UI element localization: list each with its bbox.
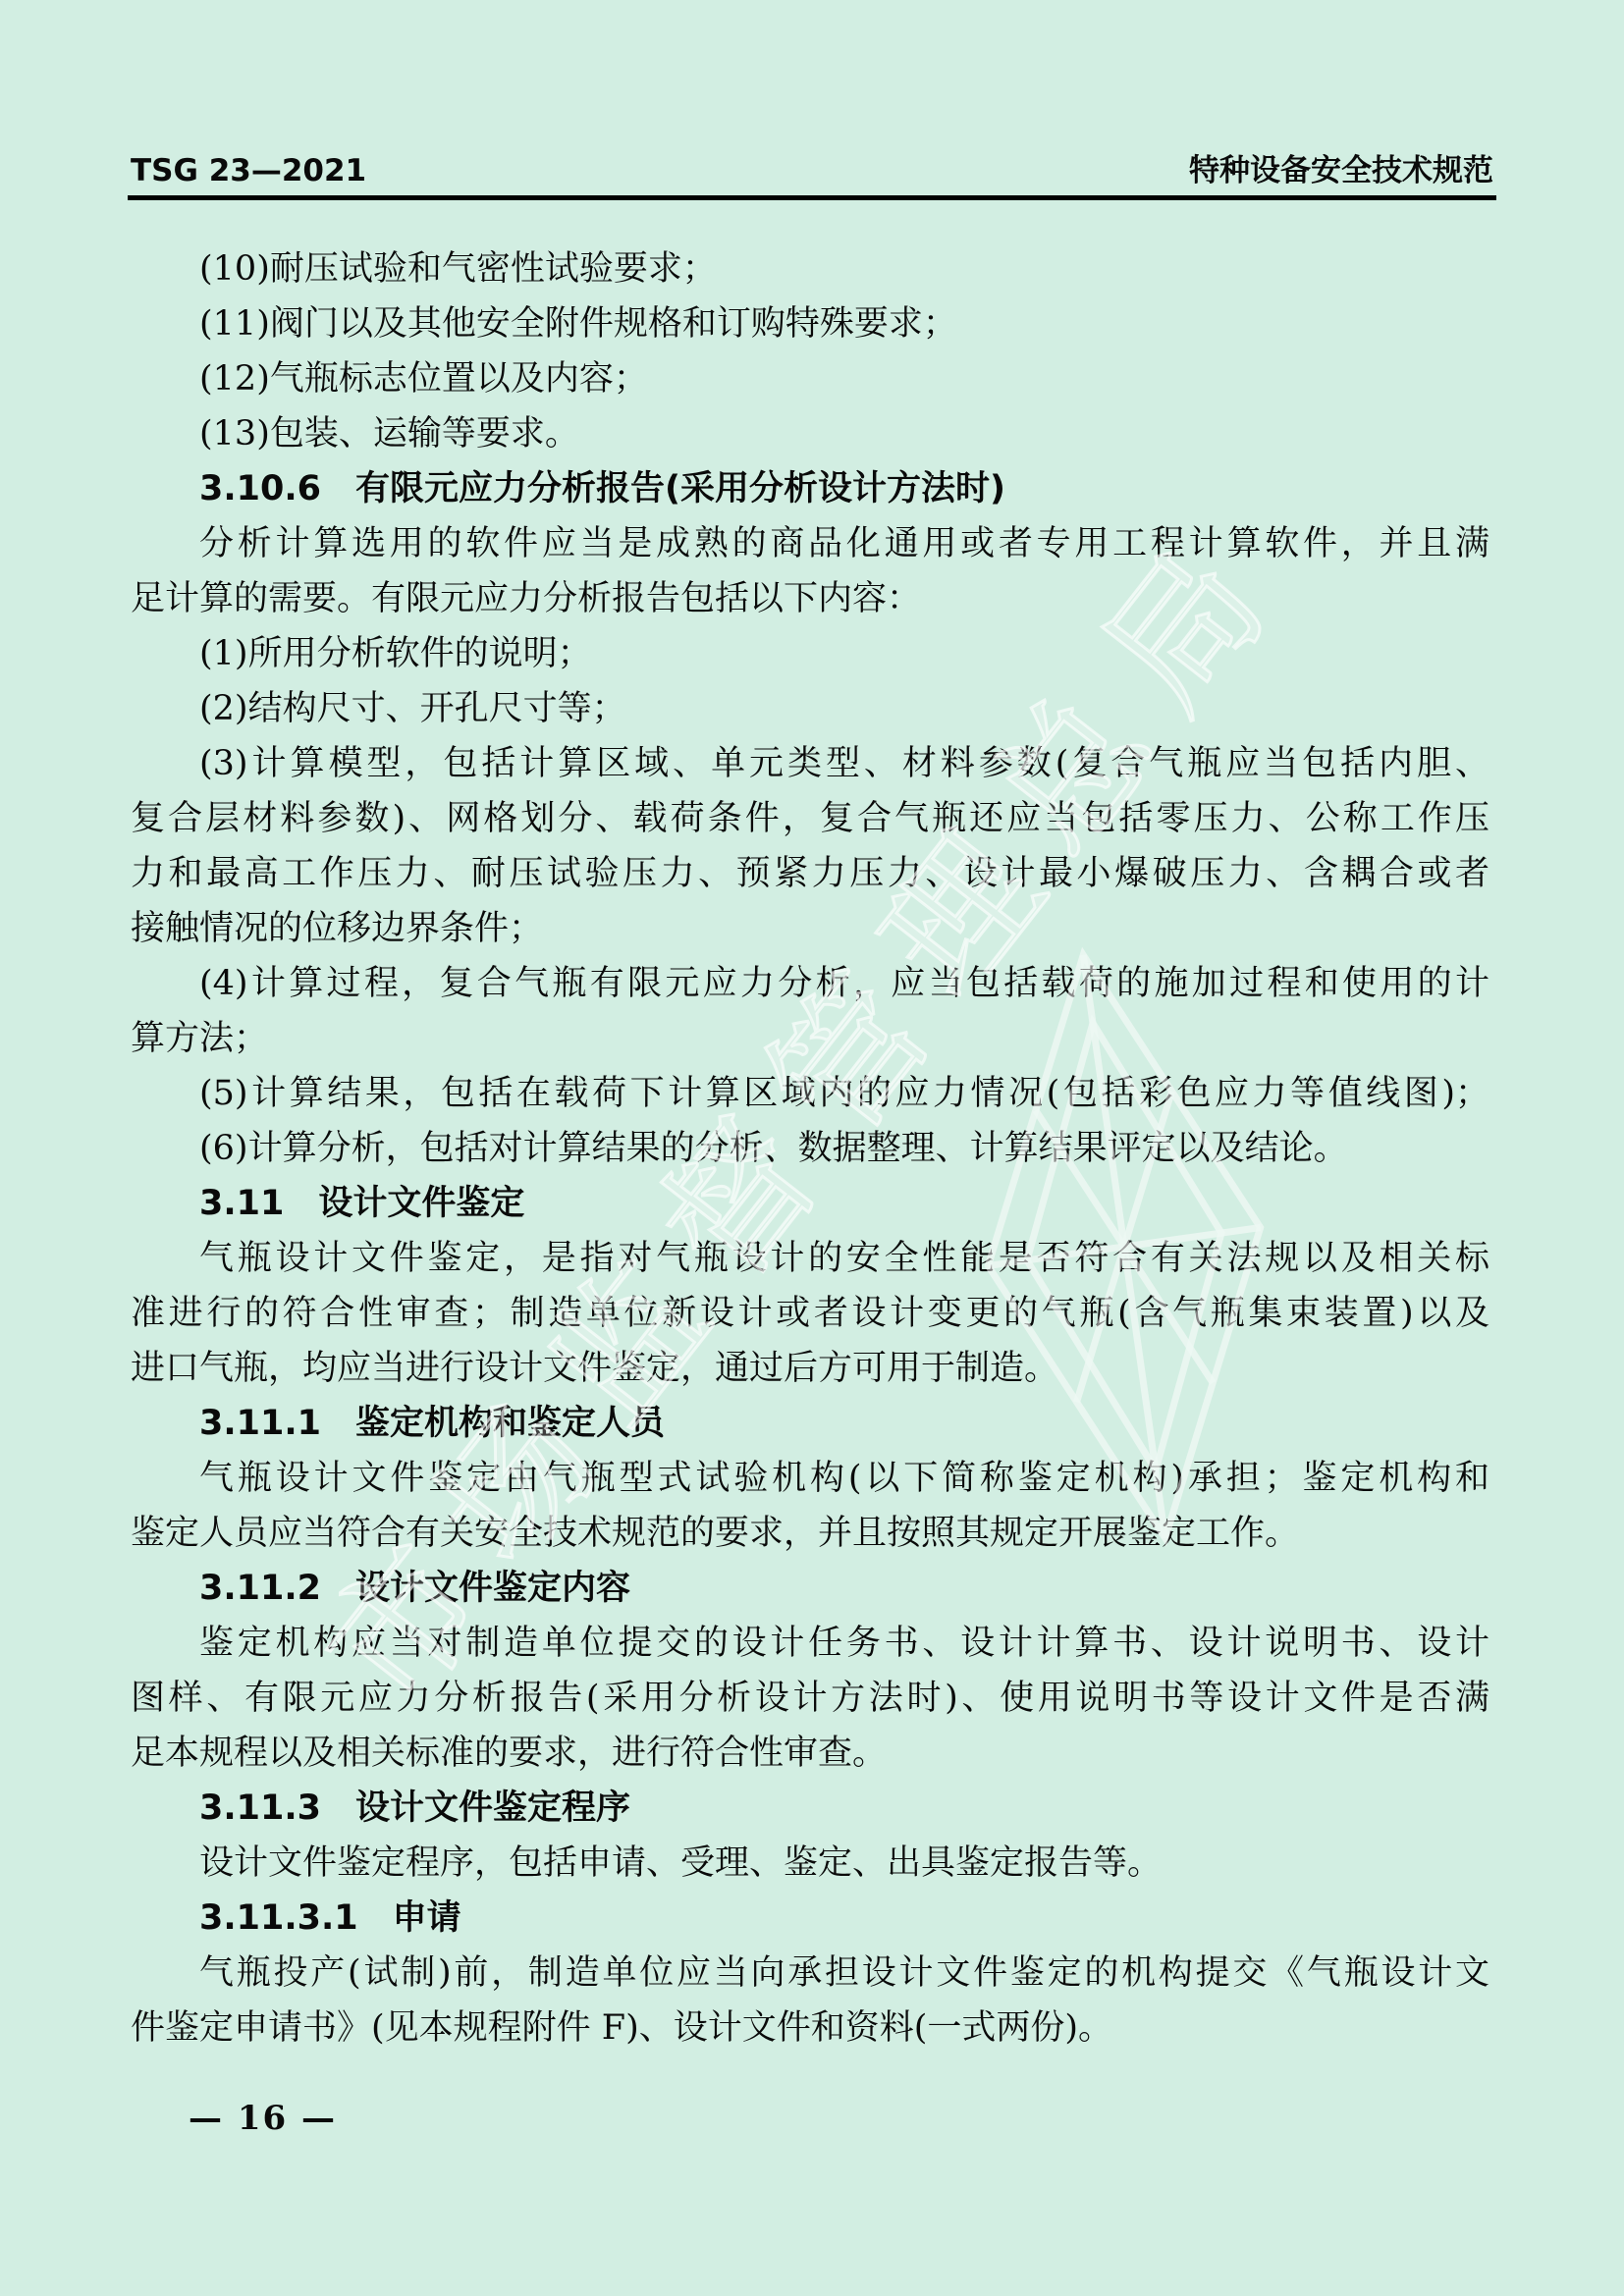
paragraph-line: 复合层材料参数)、网格划分、载荷条件，复合气瓶还应当包括零压力、公称工作压 bbox=[131, 791, 1489, 846]
paragraph-line: 鉴定人员应当符合有关安全技术规范的要求，并且按照其规定开展鉴定工作。 bbox=[131, 1506, 1489, 1561]
header-rule bbox=[128, 195, 1496, 200]
page-header: TSG 23—2021 特种设备安全技术规范 bbox=[131, 151, 1493, 190]
section-heading: 3.11 设计文件鉴定 bbox=[131, 1176, 1489, 1231]
paragraph-line: 准进行的符合性审查；制造单位新设计或者设计变更的气瓶(含气瓶集束装置)以及 bbox=[131, 1286, 1489, 1341]
section-heading: 3.11.2 设计文件鉴定内容 bbox=[131, 1561, 1489, 1616]
paragraph-line: 足本规程以及相关标准的要求，进行符合性审查。 bbox=[131, 1726, 1489, 1781]
section-heading: 3.11.3 设计文件鉴定程序 bbox=[131, 1781, 1489, 1836]
paragraph-line: 气瓶投产(试制)前，制造单位应当向承担设计文件鉴定的机构提交《气瓶设计文 bbox=[131, 1946, 1489, 2001]
paragraph-line: 接触情况的位移边界条件； bbox=[131, 901, 1489, 956]
list-item: (13)包装、运输等要求。 bbox=[131, 406, 1489, 461]
document-body: (10)耐压试验和气密性试验要求； (11)阀门以及其他安全附件规格和订购特殊要… bbox=[131, 241, 1489, 2056]
paragraph-line: 算方法； bbox=[131, 1011, 1489, 1066]
list-item: (4)计算过程，复合气瓶有限元应力分析，应当包括载荷的施加过程和使用的计 bbox=[131, 956, 1489, 1011]
page-number: — 16 — bbox=[189, 2099, 337, 2138]
paragraph-line: 设计文件鉴定程序，包括申请、受理、鉴定、出具鉴定报告等。 bbox=[131, 1836, 1489, 1891]
paragraph-line: 鉴定机构应当对制造单位提交的设计任务书、设计计算书、设计说明书、设计 bbox=[131, 1616, 1489, 1671]
list-item: (5)计算结果，包括在载荷下计算区域内的应力情况(包括彩色应力等值线图)； bbox=[131, 1066, 1489, 1121]
list-item: (3)计算模型，包括计算区域、单元类型、材料参数(复合气瓶应当包括内胆、 bbox=[131, 736, 1489, 791]
section-heading: 3.10.6 有限元应力分析报告(采用分析设计方法时) bbox=[131, 461, 1489, 516]
paragraph-line: 分析计算选用的软件应当是成熟的商品化通用或者专用工程计算软件，并且满 bbox=[131, 516, 1489, 571]
list-item: (6)计算分析，包括对计算结果的分析、数据整理、计算结果评定以及结论。 bbox=[131, 1121, 1489, 1176]
header-doc-code: TSG 23—2021 bbox=[131, 151, 366, 190]
paragraph-line: 足计算的需要。有限元应力分析报告包括以下内容： bbox=[131, 571, 1489, 626]
paragraph-line: 件鉴定申请书》(见本规程附件 F)、设计文件和资料(一式两份)。 bbox=[131, 2001, 1489, 2056]
list-item: (2)结构尺寸、开孔尺寸等； bbox=[131, 681, 1489, 736]
section-heading: 3.11.1 鉴定机构和鉴定人员 bbox=[131, 1396, 1489, 1451]
paragraph-line: 图样、有限元应力分析报告(采用分析设计方法时)、使用说明书等设计文件是否满 bbox=[131, 1671, 1489, 1726]
section-heading: 3.11.3.1 申请 bbox=[131, 1891, 1489, 1946]
paragraph-line: 气瓶设计文件鉴定由气瓶型式试验机构(以下简称鉴定机构)承担；鉴定机构和 bbox=[131, 1451, 1489, 1506]
paragraph-line: 力和最高工作压力、耐压试验压力、预紧力压力、设计最小爆破压力、含耦合或者 bbox=[131, 846, 1489, 901]
list-item: (10)耐压试验和气密性试验要求； bbox=[131, 241, 1489, 296]
list-item: (11)阀门以及其他安全附件规格和订购特殊要求； bbox=[131, 296, 1489, 351]
header-doc-title: 特种设备安全技术规范 bbox=[1189, 151, 1493, 190]
list-item: (1)所用分析软件的说明； bbox=[131, 626, 1489, 681]
list-item: (12)气瓶标志位置以及内容； bbox=[131, 351, 1489, 406]
paragraph-line: 气瓶设计文件鉴定，是指对气瓶设计的安全性能是否符合有关法规以及相关标 bbox=[131, 1231, 1489, 1286]
paragraph-line: 进口气瓶，均应当进行设计文件鉴定，通过后方可用于制造。 bbox=[131, 1341, 1489, 1396]
